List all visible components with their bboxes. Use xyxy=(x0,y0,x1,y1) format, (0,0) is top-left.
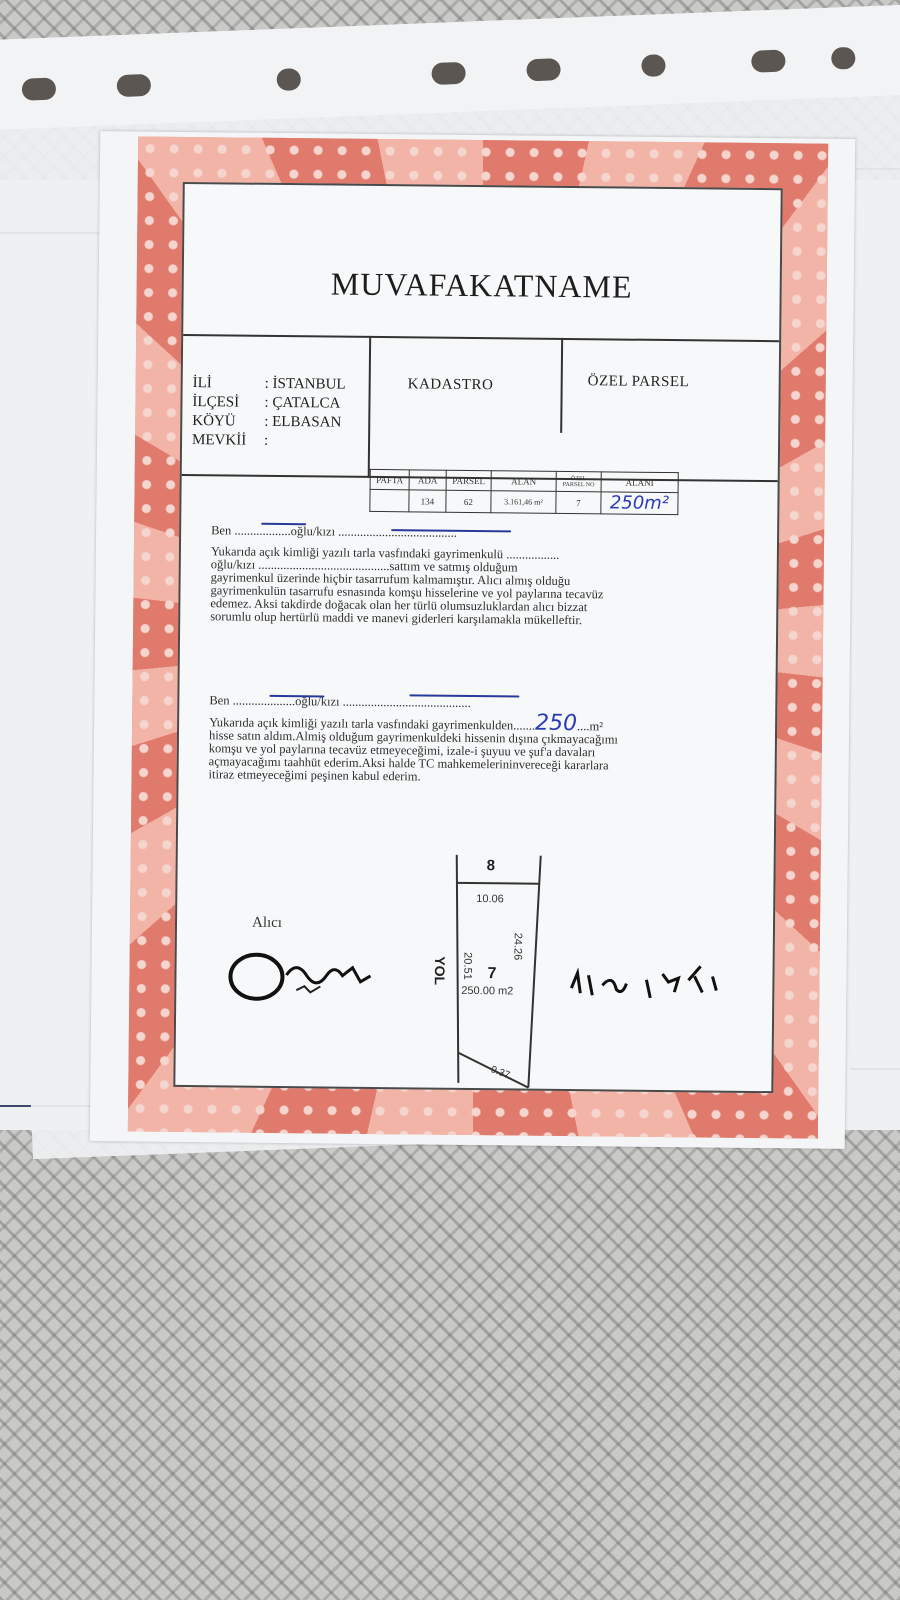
plot-sketch: 8 10.06 20.51 24.26 7 250.00 m2 9.37 YOL xyxy=(452,855,536,1081)
signature-scribble xyxy=(566,958,757,1010)
left-edge-length: 20.51 xyxy=(461,952,473,980)
location-info: İLİ: İSTANBULİLÇESİ: ÇATALCAKÖYÜ: ELBASA… xyxy=(192,374,346,452)
consent-document: MUVAFAKATNAME İLİ: İSTANBULİLÇESİ: ÇATAL… xyxy=(90,131,856,1149)
location-key: İLÇESİ xyxy=(192,393,264,413)
top-edge-length: 10.06 xyxy=(476,893,504,905)
location-row: İLİ: İSTANBUL xyxy=(193,374,346,395)
signature-scribble xyxy=(226,944,387,1006)
buyer-text: hisse satın aldım.Almiş olduğum gayrimen… xyxy=(209,729,750,787)
cell-alani-handwritten: 250m² xyxy=(601,492,678,515)
location-row: MEVKİİ: xyxy=(192,431,345,452)
cell-pafta xyxy=(370,489,409,511)
location-row: İLÇESİ: ÇATALCA xyxy=(192,393,345,414)
parcel-area: 250.00 m2 xyxy=(461,985,513,998)
buyer-ben-line: Ben ....................oğlu/kızı ......… xyxy=(209,694,749,713)
punch-hole xyxy=(751,49,786,72)
location-value: : ÇATALCA xyxy=(264,394,340,414)
location-key: MEVKİİ xyxy=(192,431,264,451)
punch-hole xyxy=(831,47,856,70)
cell-ozel-parsel-no: 7 xyxy=(556,491,601,513)
punch-hole xyxy=(526,58,561,81)
cell-ada: 134 xyxy=(409,490,446,512)
parcel-table: PAFTA ADA PARSEL ALAN ÖZEL PARSEL NO ALA… xyxy=(369,469,678,515)
location-value: : xyxy=(264,432,268,451)
seller-statement: Ben ..................oğlu/kızı ........… xyxy=(210,524,751,629)
col-ada: ADA xyxy=(409,470,446,490)
ozel-parsel-header: ÖZEL PARSEL xyxy=(588,373,690,391)
buyer-signature xyxy=(226,944,387,1013)
divider xyxy=(368,336,371,478)
location-key: İLİ xyxy=(193,374,265,394)
document-title: MUVAFAKATNAME xyxy=(184,264,780,307)
divider xyxy=(560,338,563,433)
col-pafta: PAFTA xyxy=(370,469,409,489)
buyer-statement: Ben ....................oğlu/kızı ......… xyxy=(209,694,750,787)
table-row: 134 62 3.161,46 m² 7 250m² xyxy=(370,489,678,514)
location-value: : İSTANBUL xyxy=(265,375,346,395)
punch-hole xyxy=(276,68,301,91)
seller-text: Yukarıda açık kimliği yazılı tarla vasfı… xyxy=(210,545,751,629)
location-key: KÖYÜ xyxy=(192,412,264,432)
seller-signature xyxy=(566,958,757,1014)
punch-hole xyxy=(641,54,666,77)
col-alani: ALANI xyxy=(601,472,678,493)
cell-alan: 3.161,46 m² xyxy=(491,491,556,514)
location-row: KÖYÜ: ELBASAN xyxy=(192,412,345,433)
sleeve-punch-strip xyxy=(0,4,900,130)
col-ozel-parsel-no: ÖZEL PARSEL NO xyxy=(556,471,601,491)
cell-parsel: 62 xyxy=(446,490,491,512)
col-alan: ALAN xyxy=(491,471,556,492)
punch-hole xyxy=(22,78,57,101)
seller-ben-line: Ben ..................oğlu/kızı ........… xyxy=(211,524,751,543)
location-value: : ELBASAN xyxy=(264,413,341,433)
neighbor-parcel-number: 8 xyxy=(487,857,496,874)
punch-hole xyxy=(431,62,466,85)
punch-hole xyxy=(116,74,151,97)
buyer-label: Alıcı xyxy=(252,915,282,932)
parcel-number: 7 xyxy=(487,965,496,983)
right-edge-length: 24.26 xyxy=(511,933,523,961)
document-body: MUVAFAKATNAME İLİ: İSTANBULİLÇESİ: ÇATAL… xyxy=(173,182,782,1093)
divider xyxy=(183,334,779,342)
kadastro-header: KADASTRO xyxy=(408,376,494,394)
decorative-border: MUVAFAKATNAME İLİ: İSTANBULİLÇESİ: ÇATAL… xyxy=(128,136,828,1138)
col-parsel: PARSEL xyxy=(446,470,491,490)
road-label: YOL xyxy=(432,956,448,985)
